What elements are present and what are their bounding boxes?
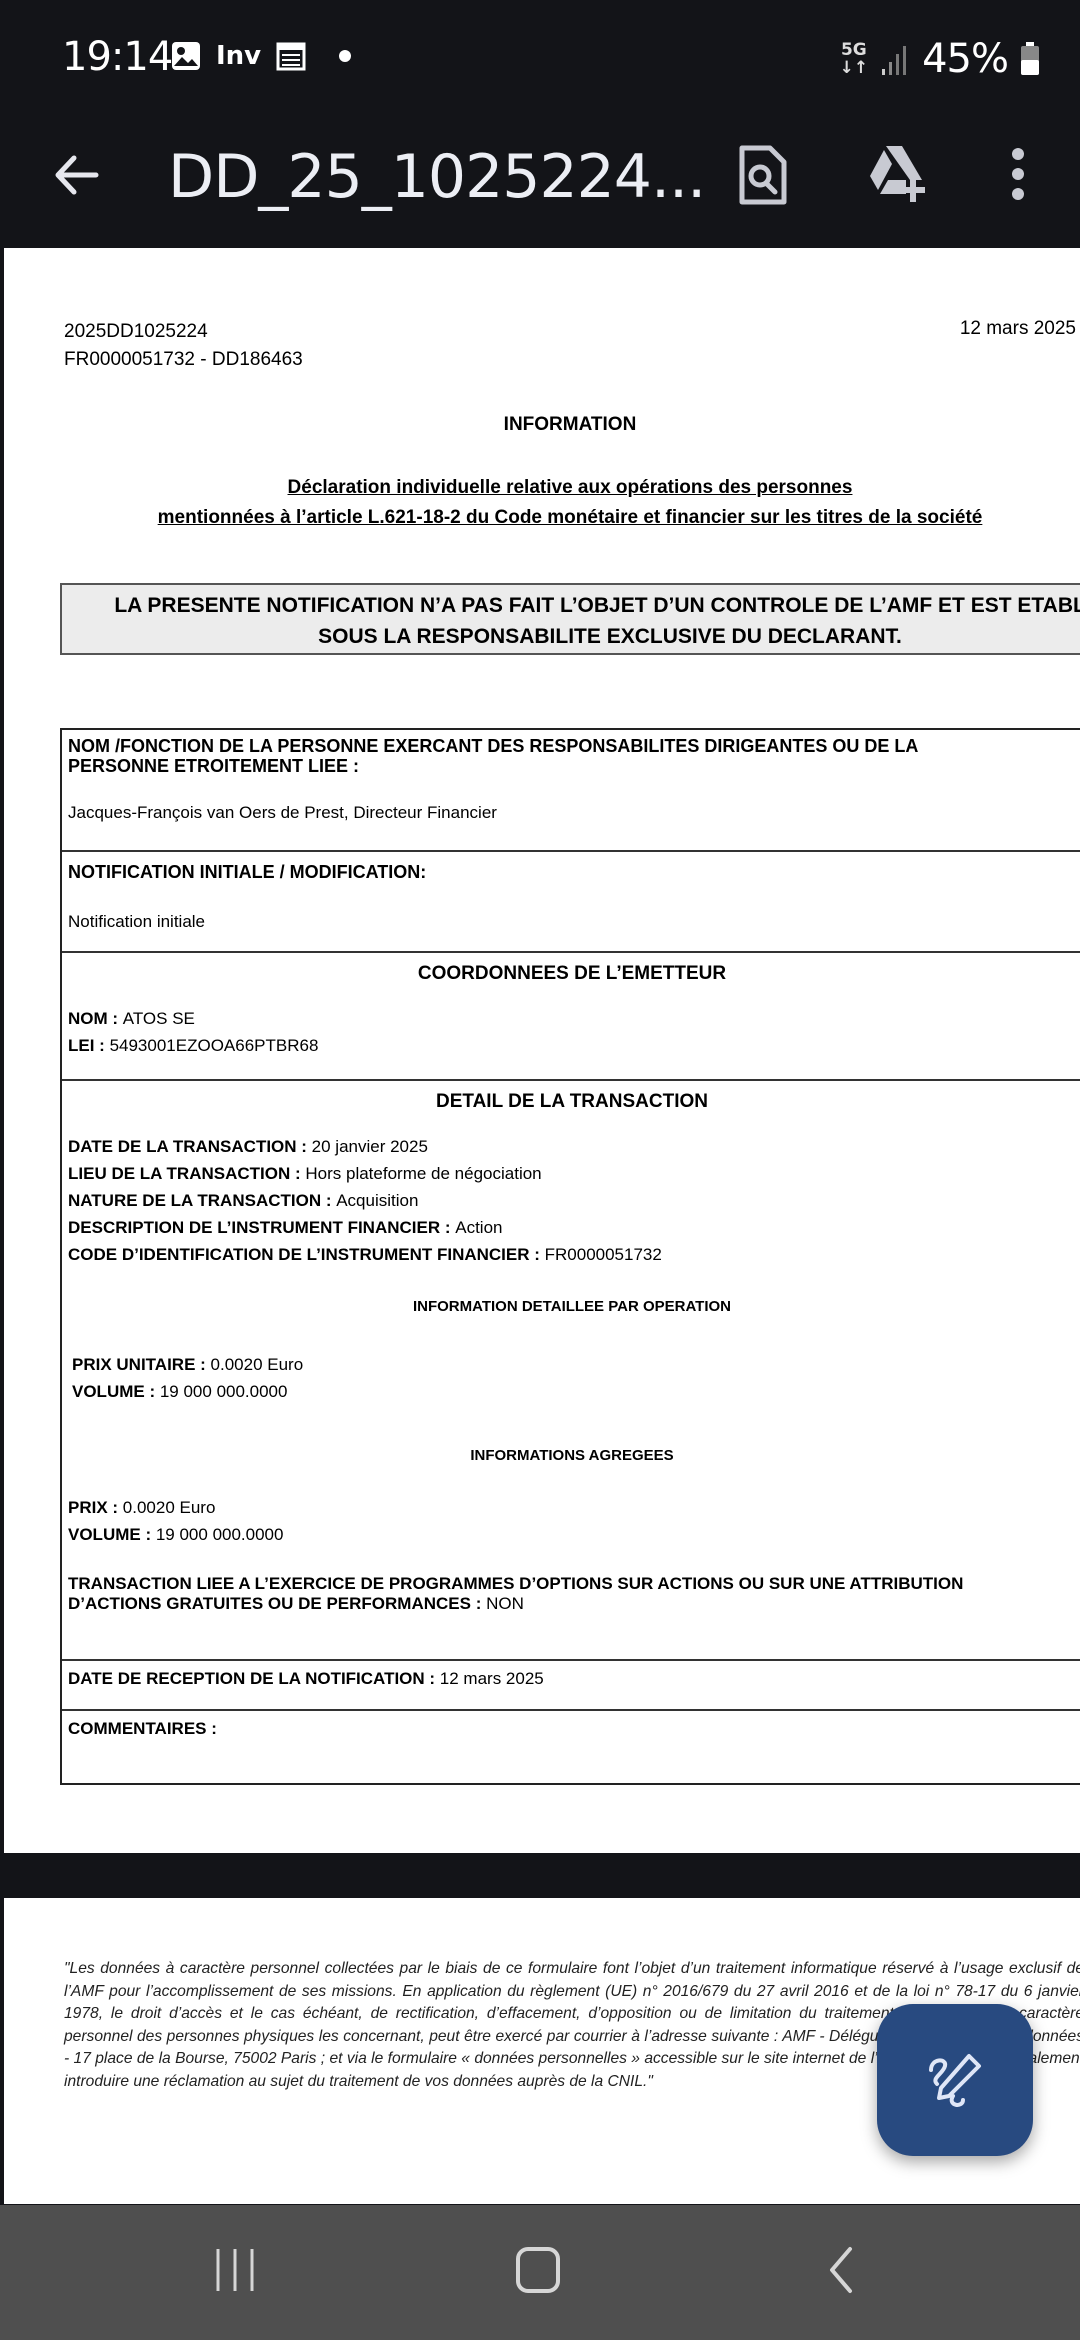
battery-percent: 45% [922,36,1008,82]
document-title: DD_25_1025224... [168,142,705,212]
person-value: Jacques-François van Oers de Prest, Dire… [68,803,1080,823]
app-bar: DD_25_1025224... [0,120,1080,248]
more-vert-icon[interactable] [1008,144,1028,204]
notification-value: Notification initiale [68,912,1080,932]
back-arrow-icon[interactable] [50,150,100,200]
declaration-form: NOM /FONCTION DE LA PERSONNE EXERCANT DE… [60,728,1080,1785]
document-reference: 2025DD1025224 FR0000051732 - DD186463 [64,318,303,374]
battery-icon [1020,42,1040,76]
status-bar: 19:14 Inv 5G↓↑ 45% [0,0,1080,120]
document-date: 12 mars 2025 [960,318,1076,340]
issuer-name: ATOS SE [123,1009,195,1028]
document-heading: INFORMATION [4,414,1080,436]
aggregate-title: INFORMATIONS AGREGEES [68,1447,1076,1464]
signal-icon [880,42,910,76]
comments-section: COMMENTAIRES : [62,1711,1080,1783]
person-section: NOM /FONCTION DE LA PERSONNE EXERCANT DE… [62,730,1080,852]
detail-title: INFORMATION DETAILLEE PAR OPERATION [68,1298,1076,1315]
transaction-section: DETAIL DE LA TRANSACTION DATE DE LA TRAN… [62,1081,1080,1661]
nav-back-icon[interactable] [820,2245,860,2295]
notification-section: NOTIFICATION INITIALE / MODIFICATION: No… [62,852,1080,953]
warning-banner: LA PRESENTE NOTIFICATION N’A PAS FAIT L’… [60,583,1080,655]
inv-app-icon: Inv [216,41,261,71]
system-nav-bar [0,2205,1080,2340]
add-to-drive-icon[interactable] [866,144,930,204]
recent-apps-icon[interactable] [210,2245,260,2295]
annotate-pen-icon [923,2048,987,2112]
find-in-document-icon[interactable] [738,144,788,206]
dot-icon [339,50,351,62]
home-icon[interactable] [513,2245,563,2295]
pdf-page-1[interactable]: 2025DD1025224 FR0000051732 - DD186463 12… [4,248,1080,1853]
reception-section: DATE DE RECEPTION DE LA NOTIFICATION : 1… [62,1661,1080,1711]
clock: 19:14 [62,34,172,80]
annotate-button[interactable] [877,2004,1033,2156]
image-icon [170,40,202,72]
calendar-icon [275,40,307,72]
document-subtitle: Déclaration individuelle relative aux op… [4,473,1080,533]
network-5g-icon: 5G↓↑ [840,41,869,77]
issuer-section: COORDONNEES DE L’EMETTEUR NOM : ATOS SE … [62,953,1080,1081]
issuer-lei: 5493001EZOOA66PTBR68 [110,1036,319,1055]
